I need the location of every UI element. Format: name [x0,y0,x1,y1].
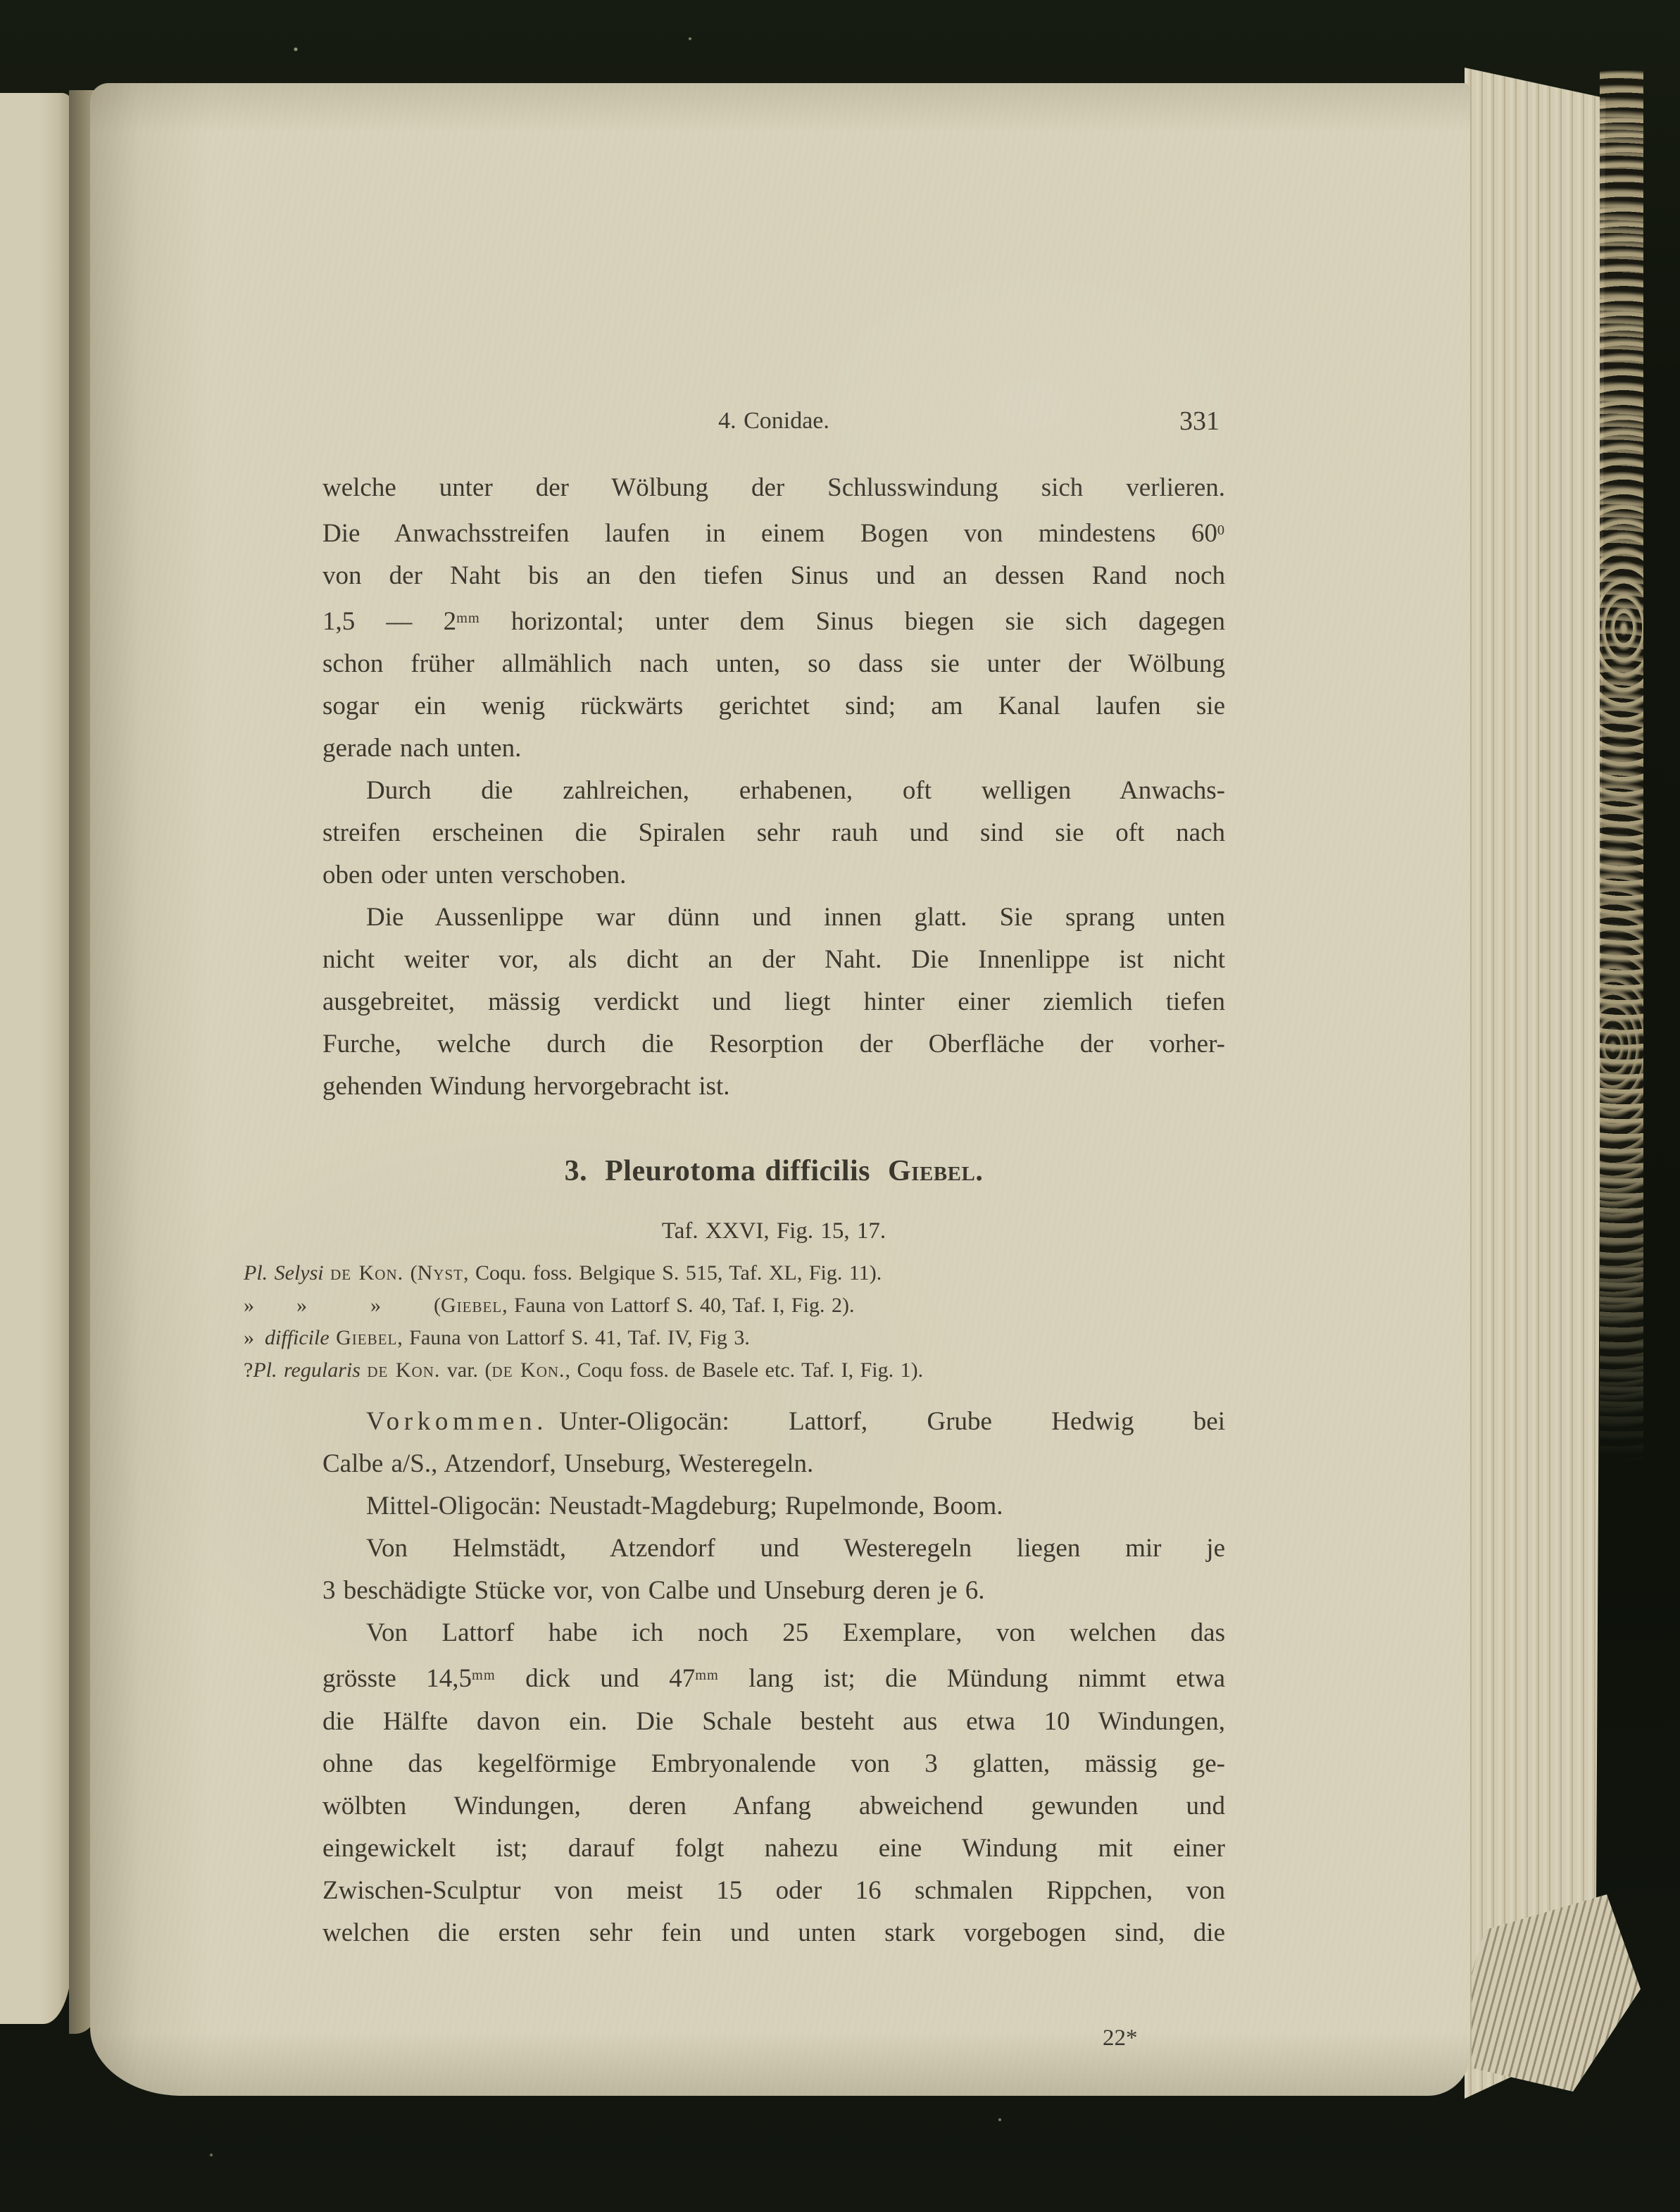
text-segment: Calbe a/S., Atzendorf, Unseburg, Westere… [322,1449,813,1478]
book-page: 4. Conidae. 331 welche unter der Wölbung… [90,83,1470,2096]
text-line: 1,5 — 2mm horizontal; unter dem Sinus bi… [322,597,1225,643]
text-line: die Hälfte davon ein. Die Schale besteht… [322,1701,1225,1743]
text-line: Von Lattorf habe ich noch 25 Exemplare, … [322,1612,1225,1654]
text-segment: Unter-Oligocän: Lattorf, Grube Hedwig be… [559,1407,1225,1436]
synonymy-line: » difficile Giebel, Fauna von Lattorf S.… [244,1322,1229,1354]
text-segment: Von Lattorf habe ich noch 25 Exemplare, … [366,1618,1225,1647]
text-segment: 3 beschädigte Stücke vor, von Calbe und … [322,1576,985,1605]
text-segment [324,1261,331,1285]
text-segment: Nyst [418,1261,463,1285]
text-segment: schon früher allmählich nach unten, so d… [322,649,1225,678]
text-segment [330,1326,337,1349]
superscript-unit: 0 [1217,523,1225,538]
opposite-page-edge [0,93,72,2024]
text-line: gehenden Windung hervorgebracht ist. [322,1066,1225,1108]
text-segment: Zwischen-Sculptur von meist 15 oder 16 s… [322,1876,1225,1905]
paragraph: Von Lattorf habe ich noch 25 Exemplare, … [322,1612,1225,1954]
text-line: wölbten Windungen, deren Anfang abweiche… [322,1785,1225,1827]
text-line: welchen die ersten sehr fein und unten s… [322,1912,1225,1954]
text-line: streifen erscheinen die Spiralen sehr ra… [322,812,1225,854]
text-segment: lang ist; die Mündung nimmt etwa [719,1665,1225,1694]
text-segment: var. ( [440,1358,491,1382]
text-line: Mittel-Oligocän: Neustadt-Magdeburg; Rup… [322,1485,1225,1527]
species-author: Giebel. [888,1155,983,1187]
text-segment: Giebel [441,1294,502,1317]
species-heading-number: 3. [565,1155,588,1187]
text-segment: ausgebreitet, mässig verdickt und liegt … [322,987,1225,1016]
text-line: sogar ein wenig rückwärts gerichtet sind… [322,685,1225,727]
text-segment: Furche, welche durch die Resorption der … [322,1030,1225,1058]
text-line: ausgebreitet, mässig verdickt und liegt … [322,981,1225,1023]
text-segment: welchen die ersten sehr fein und unten s… [322,1918,1225,1947]
text-line: Die Aussenlippe war dünn und innen glatt… [322,896,1225,939]
text-segment: , Fauna von Lattorf S. 41, Taf. IV, Fig … [397,1326,750,1349]
text-line: eingewickelt ist; darauf folgt nahezu ei… [322,1827,1225,1870]
body-paragraphs-top: welche unter der Wölbung der Schlusswind… [322,467,1225,1108]
paragraph: welche unter der Wölbung der Schlusswind… [322,467,1225,770]
running-title: 4. Conidae. [718,408,829,434]
text-segment: Giebel [336,1326,397,1349]
text-segment: Pl. regularis [253,1358,361,1382]
text-segment: ( [403,1261,418,1285]
text-line: Von Helmstädt, Atzendorf und Westeregeln… [322,1527,1225,1570]
text-line: Vorkommen.Unter-Oligocän: Lattorf, Grube… [322,1401,1225,1443]
text-segment: horizontal; unter dem Sinus biegen sie s… [480,607,1225,636]
text-segment: 1,5 — 2 [322,607,456,636]
species-heading: 3. Pleurotoma difficilis Giebel. [322,1149,1225,1194]
page-header: 4. Conidae. 331 [322,400,1225,442]
text-segment: de Kon. [330,1261,403,1285]
synonymy-list: Pl. Selysi de Kon. (Nyst, Coqu. foss. Be… [244,1257,1229,1387]
text-segment: Die Aussenlippe war dünn und innen glatt… [366,903,1225,932]
text-segment: Durch die zahlreichen, erhabenen, oft we… [366,776,1225,805]
text-segment: dick und 47 [496,1665,696,1694]
text-line: ohne das kegelförmige Embryonalende von … [322,1743,1225,1785]
synonymy-line: Pl. Selysi de Kon. (Nyst, Coqu. foss. Be… [244,1257,1229,1289]
text-segment: streifen erscheinen die Spiralen sehr ra… [322,818,1225,847]
text-line: Durch die zahlreichen, erhabenen, oft we… [322,770,1225,812]
synonymy-line: » » » (Giebel, Fauna von Lattorf S. 40, … [244,1289,1229,1322]
text-segment: , Coqu. foss. Belgique S. 515, Taf. XL, … [463,1261,882,1285]
text-segment: , Coqu foss. de Basele etc. Taf. I, Fig.… [565,1358,924,1382]
text-segment: grösste 14,5 [322,1665,472,1694]
text-segment: Von Helmstädt, Atzendorf und Westeregeln… [366,1534,1225,1563]
text-line: welche unter der Wölbung der Schlusswind… [322,467,1225,509]
text-segment: » » » ( [244,1294,441,1317]
text-segment: Pl. Selysi [244,1261,324,1285]
text-segment: oben oder unten verschoben. [322,861,626,889]
text-segment: Mittel-Oligocän: Neustadt-Magdeburg; Rup… [366,1492,1003,1520]
paragraph: Die Aussenlippe war dünn und innen glatt… [322,896,1225,1108]
text-line: nicht weiter vor, als dicht an der Naht.… [322,939,1225,981]
text-line: von der Naht bis an den tiefen Sinus und… [322,555,1225,597]
species-name: Pleurotoma difficilis [605,1155,870,1187]
text-line: grösste 14,5mm dick und 47mm lang ist; d… [322,1654,1225,1700]
text-segment: de Kon. [492,1358,565,1382]
text-segment: ohne das kegelförmige Embryonalende von … [322,1749,1225,1778]
synonymy-line: ?Pl. regularis de Kon. var. (de Kon., Co… [244,1354,1229,1387]
plate-reference: Taf. XXVI, Fig. 15, 17. [322,1213,1225,1249]
superscript-unit: mm [456,611,480,626]
book-fore-edge-pages [1465,68,1605,2099]
text-line: Zwischen-Sculptur von meist 15 oder 16 s… [322,1870,1225,1912]
text-line: schon früher allmählich nach unten, so d… [322,643,1225,685]
text-segment: » [244,1326,265,1349]
page-number: 331 [1179,400,1220,442]
text-line: gerade nach unten. [322,727,1225,770]
text-segment: , Fauna von Lattorf S. 40, Taf. I, Fig. … [502,1294,854,1317]
text-segment: welche unter der Wölbung der Schlusswind… [322,473,1225,502]
text-line: 3 beschädigte Stücke vor, von Calbe und … [322,1570,1225,1612]
paragraph: Von Helmstädt, Atzendorf und Westeregeln… [322,1527,1225,1612]
superscript-unit: mm [695,1668,719,1683]
paragraph: Durch die zahlreichen, erhabenen, oft we… [322,770,1225,896]
text-segment: nicht weiter vor, als dicht an der Naht.… [322,945,1225,974]
text-segment [361,1358,368,1382]
text-segment: ? [244,1358,253,1382]
text-segment: Vorkommen. [366,1407,548,1436]
text-segment: Die Anwachsstreifen laufen in einem Boge… [322,519,1217,548]
body-paragraphs-bottom: Vorkommen.Unter-Oligocän: Lattorf, Grube… [322,1401,1225,1954]
text-column: 4. Conidae. 331 welche unter der Wölbung… [322,400,1225,1954]
text-segment: difficile [265,1326,330,1349]
superscript-unit: mm [472,1668,496,1683]
text-line: Die Anwachsstreifen laufen in einem Boge… [322,509,1225,555]
text-segment: eingewickelt ist; darauf folgt nahezu ei… [322,1834,1225,1863]
text-line: oben oder unten verschoben. [322,854,1225,896]
marbled-edge-strip [1600,70,1643,1465]
paragraph: Mittel-Oligocän: Neustadt-Magdeburg; Rup… [322,1485,1225,1527]
text-line: Furche, welche durch die Resorption der … [322,1023,1225,1066]
text-segment: sogar ein wenig rückwärts gerichtet sind… [322,692,1225,720]
paragraph: Vorkommen.Unter-Oligocän: Lattorf, Grube… [322,1401,1225,1485]
text-segment: die Hälfte davon ein. Die Schale besteht… [322,1707,1225,1736]
signature-mark: 22* [1103,2025,1138,2051]
text-segment: de Kon. [367,1358,440,1382]
text-segment: wölbten Windungen, deren Anfang abweiche… [322,1792,1225,1820]
text-segment: gehenden Windung hervorgebracht ist. [322,1072,730,1101]
text-segment: gerade nach unten. [322,734,521,763]
text-segment: von der Naht bis an den tiefen Sinus und… [322,561,1225,590]
text-line: Calbe a/S., Atzendorf, Unseburg, Westere… [322,1443,1225,1485]
